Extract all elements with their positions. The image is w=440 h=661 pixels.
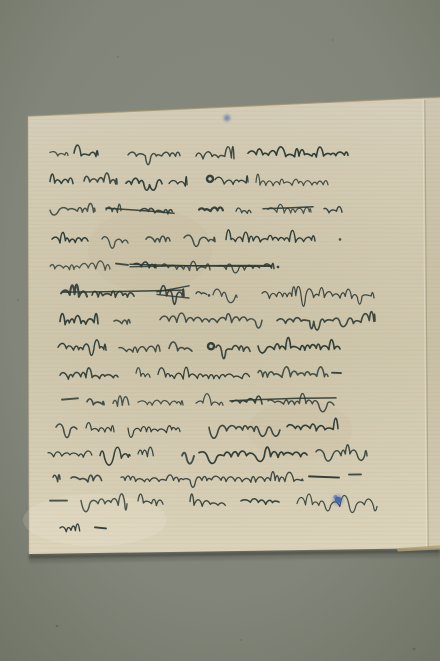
ink-dash <box>309 476 339 477</box>
manuscript-photo: af den meget gode bygningerder blev gjor… <box>0 0 440 661</box>
paper-stain <box>88 208 212 292</box>
paper-sheet <box>23 97 440 554</box>
ink-dot <box>277 266 280 269</box>
ink-dash <box>95 527 106 528</box>
blue-dot-stain <box>223 114 231 122</box>
ink-dash <box>62 398 78 399</box>
blue-ink-blot <box>332 494 344 506</box>
ink-dot <box>208 294 211 297</box>
manuscript-scene: af den meget gode bygningerder blev gjor… <box>0 0 440 661</box>
ink-dot <box>339 238 342 241</box>
ink-dash <box>116 264 128 265</box>
